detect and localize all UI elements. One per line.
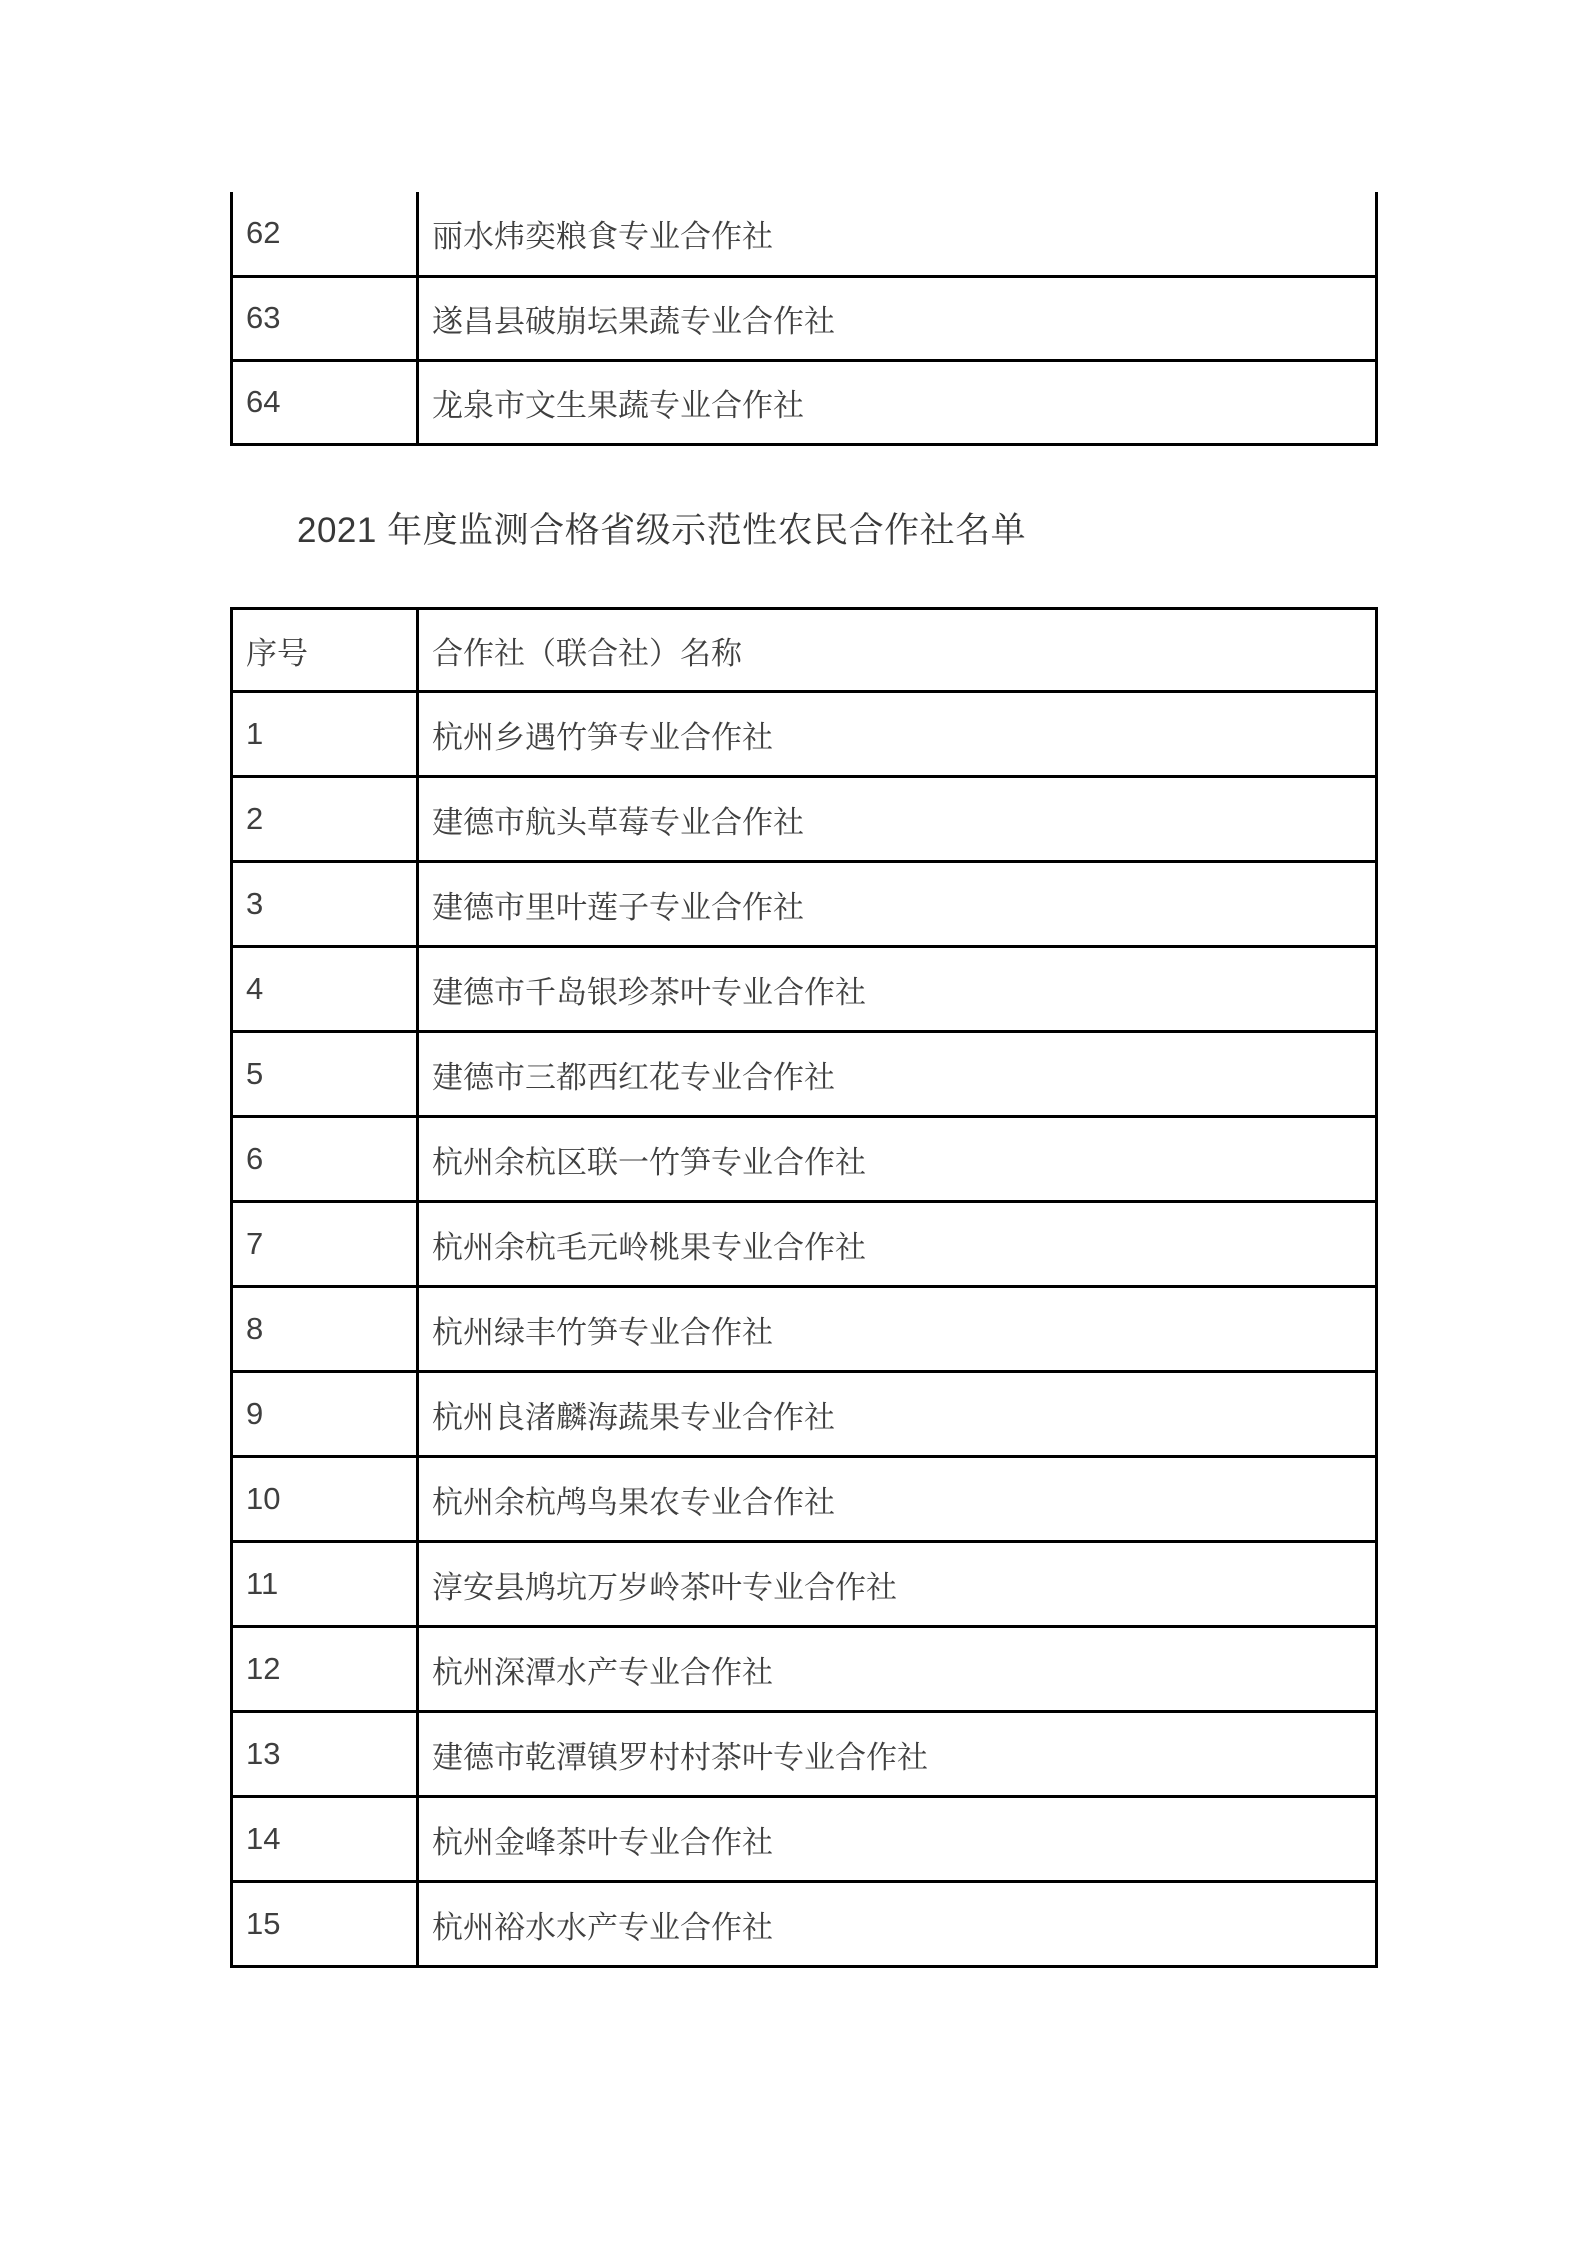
row-number-cell: 64 — [232, 360, 418, 444]
row-number-cell: 13 — [232, 1712, 418, 1797]
coop-name-cell: 建德市千岛银珍茶叶专业合作社 — [418, 947, 1377, 1032]
coop-name-cell: 杭州余杭鸬鸟果农专业合作社 — [418, 1457, 1377, 1542]
row-number-cell: 63 — [232, 276, 418, 360]
coop-name-cell: 建德市乾潭镇罗村村茶叶专业合作社 — [418, 1712, 1377, 1797]
row-number-cell: 3 — [232, 862, 418, 947]
table-row: 1 杭州乡遇竹笋专业合作社 — [232, 692, 1377, 777]
table-header-row: 序号 合作社（联合社）名称 — [232, 609, 1377, 692]
coop-name-cell: 淳安县鸠坑万岁岭茶叶专业合作社 — [418, 1542, 1377, 1627]
coop-name-cell: 杭州余杭区联一竹笋专业合作社 — [418, 1117, 1377, 1202]
row-number-cell: 62 — [232, 192, 418, 276]
coop-name-cell: 建德市航头草莓专业合作社 — [418, 777, 1377, 862]
table-row: 15 杭州裕水水产专业合作社 — [232, 1882, 1377, 1967]
coop-name-cell: 杭州良渚麟海蔬果专业合作社 — [418, 1372, 1377, 1457]
table-row: 7 杭州余杭毛元岭桃果专业合作社 — [232, 1202, 1377, 1287]
coop-name-cell: 丽水炜奕粮食专业合作社 — [418, 192, 1377, 276]
table-row: 4 建德市千岛银珍茶叶专业合作社 — [232, 947, 1377, 1032]
table-row: 10 杭州余杭鸬鸟果农专业合作社 — [232, 1457, 1377, 1542]
table-row: 64 龙泉市文生果蔬专业合作社 — [232, 360, 1377, 444]
coop-name-cell: 建德市里叶莲子专业合作社 — [418, 862, 1377, 947]
coop-name-cell: 杭州金峰茶叶专业合作社 — [418, 1797, 1377, 1882]
row-number-cell: 7 — [232, 1202, 418, 1287]
coop-name-cell: 龙泉市文生果蔬专业合作社 — [418, 360, 1377, 444]
section-heading: 2021 年度监测合格省级示范性农民合作社名单 — [297, 503, 1026, 553]
table-row: 13 建德市乾潭镇罗村村茶叶专业合作社 — [232, 1712, 1377, 1797]
row-number-cell: 11 — [232, 1542, 418, 1627]
row-number-cell: 4 — [232, 947, 418, 1032]
coop-name-cell: 杭州深潭水产专业合作社 — [418, 1627, 1377, 1712]
row-number-cell: 1 — [232, 692, 418, 777]
row-number-cell: 9 — [232, 1372, 418, 1457]
header-name-cell: 合作社（联合社）名称 — [418, 609, 1377, 692]
table-row: 9 杭州良渚麟海蔬果专业合作社 — [232, 1372, 1377, 1457]
row-number-cell: 6 — [232, 1117, 418, 1202]
coop-name-cell: 杭州乡遇竹笋专业合作社 — [418, 692, 1377, 777]
document-page: 62 丽水炜奕粮食专业合作社 63 遂昌县破崩坛果蔬专业合作社 64 龙泉市文生… — [0, 0, 1587, 2245]
table-row: 2 建德市航头草莓专业合作社 — [232, 777, 1377, 862]
coop-name-cell: 杭州裕水水产专业合作社 — [418, 1882, 1377, 1967]
cooperative-table-continued: 62 丽水炜奕粮食专业合作社 63 遂昌县破崩坛果蔬专业合作社 64 龙泉市文生… — [230, 192, 1378, 446]
table-body: 62 丽水炜奕粮食专业合作社 63 遂昌县破崩坛果蔬专业合作社 64 龙泉市文生… — [232, 192, 1377, 444]
table-row: 6 杭州余杭区联一竹笋专业合作社 — [232, 1117, 1377, 1202]
row-number-cell: 12 — [232, 1627, 418, 1712]
row-number-cell: 14 — [232, 1797, 418, 1882]
table-row: 8 杭州绿丰竹笋专业合作社 — [232, 1287, 1377, 1372]
header-number-cell: 序号 — [232, 609, 418, 692]
coop-name-cell: 杭州余杭毛元岭桃果专业合作社 — [418, 1202, 1377, 1287]
row-number-cell: 2 — [232, 777, 418, 862]
table-body: 序号 合作社（联合社）名称 1 杭州乡遇竹笋专业合作社 2 建德市航头草莓专业合… — [232, 609, 1377, 1967]
row-number-cell: 10 — [232, 1457, 418, 1542]
coop-name-cell: 建德市三都西红花专业合作社 — [418, 1032, 1377, 1117]
table-row: 14 杭州金峰茶叶专业合作社 — [232, 1797, 1377, 1882]
coop-name-cell: 遂昌县破崩坛果蔬专业合作社 — [418, 276, 1377, 360]
table-row: 62 丽水炜奕粮食专业合作社 — [232, 192, 1377, 276]
row-number-cell: 15 — [232, 1882, 418, 1967]
table-row: 11 淳安县鸠坑万岁岭茶叶专业合作社 — [232, 1542, 1377, 1627]
table-row: 63 遂昌县破崩坛果蔬专业合作社 — [232, 276, 1377, 360]
row-number-cell: 8 — [232, 1287, 418, 1372]
table-row: 12 杭州深潭水产专业合作社 — [232, 1627, 1377, 1712]
table-row: 3 建德市里叶莲子专业合作社 — [232, 862, 1377, 947]
table-row: 5 建德市三都西红花专业合作社 — [232, 1032, 1377, 1117]
coop-name-cell: 杭州绿丰竹笋专业合作社 — [418, 1287, 1377, 1372]
cooperative-table-2021: 序号 合作社（联合社）名称 1 杭州乡遇竹笋专业合作社 2 建德市航头草莓专业合… — [230, 607, 1378, 1968]
row-number-cell: 5 — [232, 1032, 418, 1117]
